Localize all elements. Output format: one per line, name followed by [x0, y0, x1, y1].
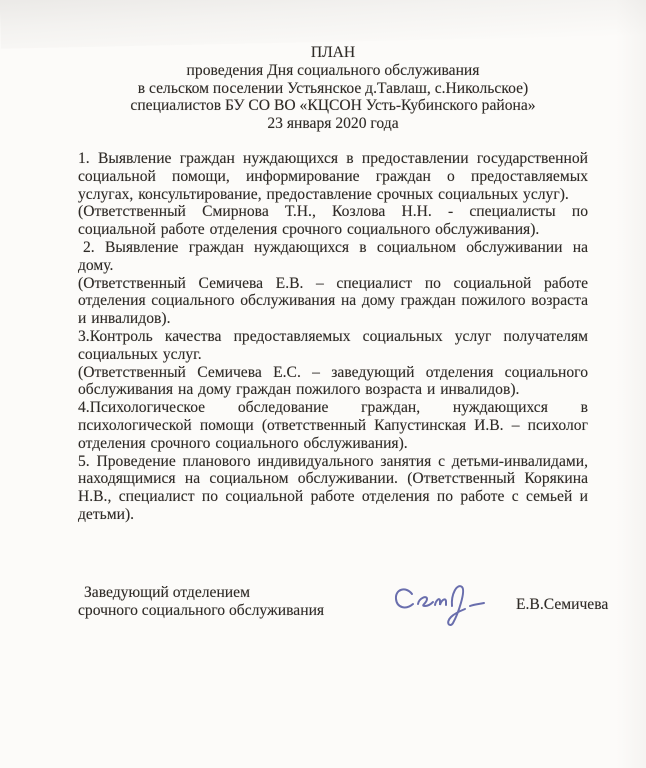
handwritten-signature-icon — [390, 580, 510, 632]
doc-subtitle-line-1: проведения Дня социального обслуживания — [78, 62, 588, 80]
signature-block: Заведующий отделением срочного социально… — [78, 580, 588, 620]
signer-position: Заведующий отделением срочного социально… — [78, 584, 390, 620]
plan-item-2: 2. Выявление граждан нуждающихся в социа… — [78, 239, 588, 275]
doc-subtitle-line-3: специалистов БУ СО ВО «КЦСОН Усть-Кубинс… — [78, 97, 588, 115]
plan-item-1-responsible: (Ответственный Смирнова Т.Н., Козлова Н.… — [78, 203, 588, 239]
plan-item-3-responsible: (Ответственный Семичева Е.С. – заведующи… — [78, 364, 588, 400]
plan-item-2-responsible: (Ответственный Семичева Е.В. – специалис… — [78, 275, 588, 328]
plan-item-4: 4.Психологическое обследование граждан, … — [78, 399, 588, 452]
document-body: 1. Выявление граждан нуждающихся в предо… — [78, 150, 588, 524]
plan-item-1: 1. Выявление граждан нуждающихся в предо… — [78, 150, 588, 203]
doc-date: 23 января 2020 года — [78, 115, 588, 133]
doc-title: ПЛАН — [78, 44, 588, 62]
plan-item-5: 5. Проведение планового индивидуального … — [78, 453, 588, 524]
signer-position-line-2: срочного социального обслуживания — [78, 602, 390, 620]
signer-position-line-1: Заведующий отделением — [78, 584, 390, 602]
signer-name: Е.В.Семичева — [516, 596, 608, 614]
doc-subtitle-line-2: в сельском поселении Устьянское д.Тавлаш… — [78, 80, 588, 98]
document-page: ПЛАН проведения Дня социального обслужив… — [0, 0, 646, 768]
plan-item-3: 3.Контроль качества предоставляемых соци… — [78, 328, 588, 364]
document-header: ПЛАН проведения Дня социального обслужив… — [78, 44, 588, 133]
